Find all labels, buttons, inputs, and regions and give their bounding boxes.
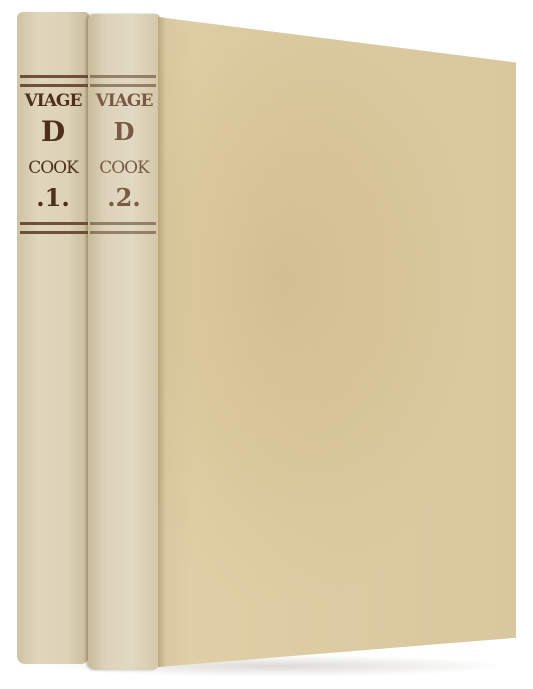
book-2-rule-bottom-2	[90, 231, 156, 234]
book-1-title: VIAGE	[17, 93, 89, 110]
book-1-particle: D	[17, 118, 89, 146]
book-1-rule-bottom-1	[20, 222, 88, 225]
book-2-title: VIAGE	[88, 93, 160, 110]
book-1-rule-top-2	[20, 84, 88, 87]
book-photo: VIAGE D COOK .1. VIAGE D COOK .2.	[0, 0, 533, 689]
book-2-author: COOK	[88, 160, 160, 177]
book-1-volume: .1.	[17, 186, 89, 210]
book-2-rule-top-2	[90, 84, 156, 87]
book-2-volume: .2.	[88, 186, 160, 210]
book-2-rule-top-1	[90, 75, 156, 78]
book-2-cover-hinge	[158, 17, 166, 667]
book-1-rule-bottom-2	[20, 231, 88, 234]
book-2-front-cover	[158, 17, 516, 667]
book-2-rule-bottom-1	[90, 222, 156, 225]
book-2-particle: D	[88, 120, 160, 144]
book-2-spine	[88, 14, 160, 670]
book-1-author: COOK	[17, 160, 89, 177]
book-1-rule-top-1	[20, 75, 88, 78]
